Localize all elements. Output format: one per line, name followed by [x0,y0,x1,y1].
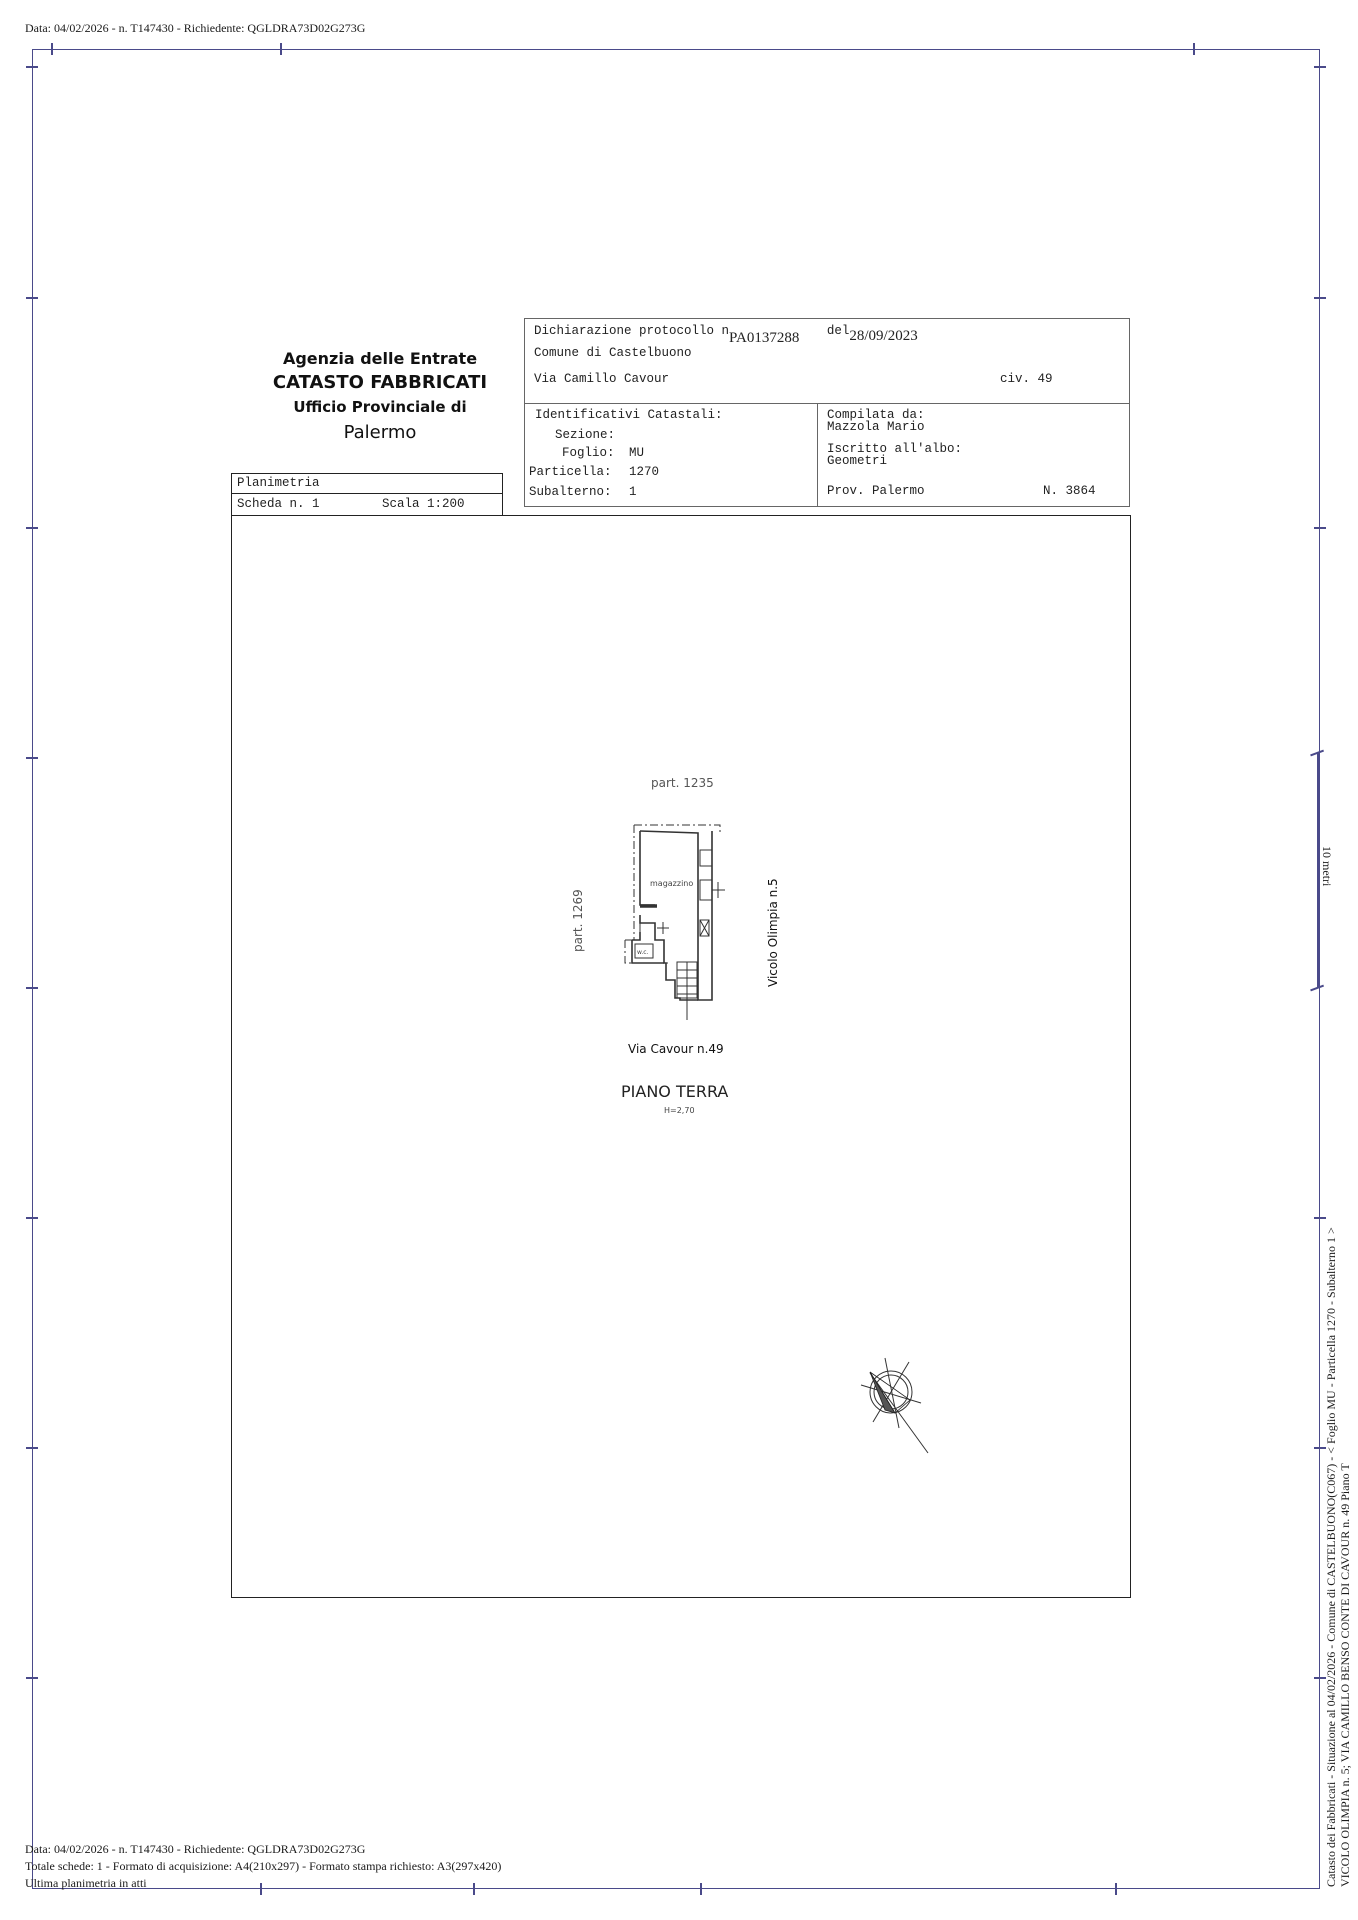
floor-height: H=2,70 [664,1106,695,1115]
agency-name: Agenzia delle Entrate [225,348,535,370]
sheet-scale: Scala 1:200 [382,497,465,511]
frame-tick [26,66,38,68]
drawing-area [231,515,1131,1598]
compiled-by: Mazzola Mario [827,420,925,434]
frame-tick [1193,43,1195,55]
side-note-line2: VICOLO OLIMPIA n. 5; VIA CAMILLO BENSO C… [1338,1463,1353,1887]
frame-tick [1115,1883,1117,1895]
sheet-info-box: Planimetria Scheda n. 1 Scala 1:200 [231,473,503,516]
frame-tick [473,1883,475,1895]
declaration-date: 28/09/2023 [849,328,917,344]
identifiers-box: Identificativi Catastali: Sezione: Fogli… [524,403,1130,507]
protocol-line: Dichiarazione protocollo nPA0137288 del2… [534,322,918,339]
protocol-label: Dichiarazione protocollo n [534,324,729,338]
west-parcel-label: part. 1269 [571,889,585,952]
comune: Comune di Castelbuono [534,346,692,360]
address: Via Camillo Cavour [534,372,669,386]
frame-tick [1314,527,1326,529]
frame-tick [280,43,282,55]
registration-number: N. 3864 [1043,484,1096,498]
frame-tick [26,757,38,759]
south-street-label: Via Cavour n.49 [628,1042,724,1056]
province: Prov. Palermo [827,484,925,498]
floor-title: PIANO TERRA [621,1082,728,1101]
subalterno-value: 1 [629,485,637,499]
side-note-line1: Catasto dei Fabbricati - Situazione al 0… [1324,1227,1339,1887]
room-label-magazzino: magazzino [650,879,693,888]
scale-bar-label: 10 metri [1319,846,1334,886]
room-label-wc: w.c. [637,949,649,956]
identifiers-title: Identificativi Catastali: [535,408,723,422]
north-parcel-label: part. 1235 [651,776,714,790]
divider [817,404,818,506]
frame-tick [26,1677,38,1679]
civic-number: civ. 49 [1000,372,1053,386]
registered-value: Geometri [827,454,887,468]
north-arrow-icon [855,1350,945,1460]
subalterno-label: Subalterno: [529,485,612,499]
frame-tick [26,987,38,989]
particella-label: Particella: [529,465,612,479]
registry-name: CATASTO FABBRICATI [225,370,535,396]
frame-tick [700,1883,702,1895]
frame-tick [26,1217,38,1219]
frame-tick [51,43,53,55]
floor-plan-drawing: magazzino w.c. [620,820,730,1020]
date-label: del [827,324,850,338]
frame-tick [26,527,38,529]
sheet-type: Planimetria [237,476,320,490]
divider [232,493,502,494]
frame-tick [260,1883,262,1895]
foglio-label: Foglio: [562,446,615,460]
particella-value: 1270 [629,465,659,479]
sezione-label: Sezione: [555,428,615,442]
footer-status: Ultima planimetria in atti [25,1876,147,1891]
frame-tick [26,297,38,299]
frame-tick [1314,297,1326,299]
frame-tick [1314,66,1326,68]
office-label: Ufficio Provinciale di [225,396,535,418]
foglio-value: MU [629,446,644,460]
agency-heading: Agenzia delle Entrate CATASTO FABBRICATI… [225,348,535,448]
east-street-label: Vicolo Olimpia n.5 [766,878,780,987]
declaration-box: Dichiarazione protocollo nPA0137288 del2… [524,318,1130,404]
sheet-number: Scheda n. 1 [237,497,320,511]
office-city: Palermo [225,418,535,448]
protocol-number: PA0137288 [729,330,799,346]
frame-tick [1314,1217,1326,1219]
footer-format-info: Totale schede: 1 - Formato di acquisizio… [25,1859,501,1874]
footer-request-info: Data: 04/02/2026 - n. T147430 - Richiede… [25,1842,365,1857]
frame-tick [26,1447,38,1449]
header-request-info: Data: 04/02/2026 - n. T147430 - Richiede… [25,21,365,36]
